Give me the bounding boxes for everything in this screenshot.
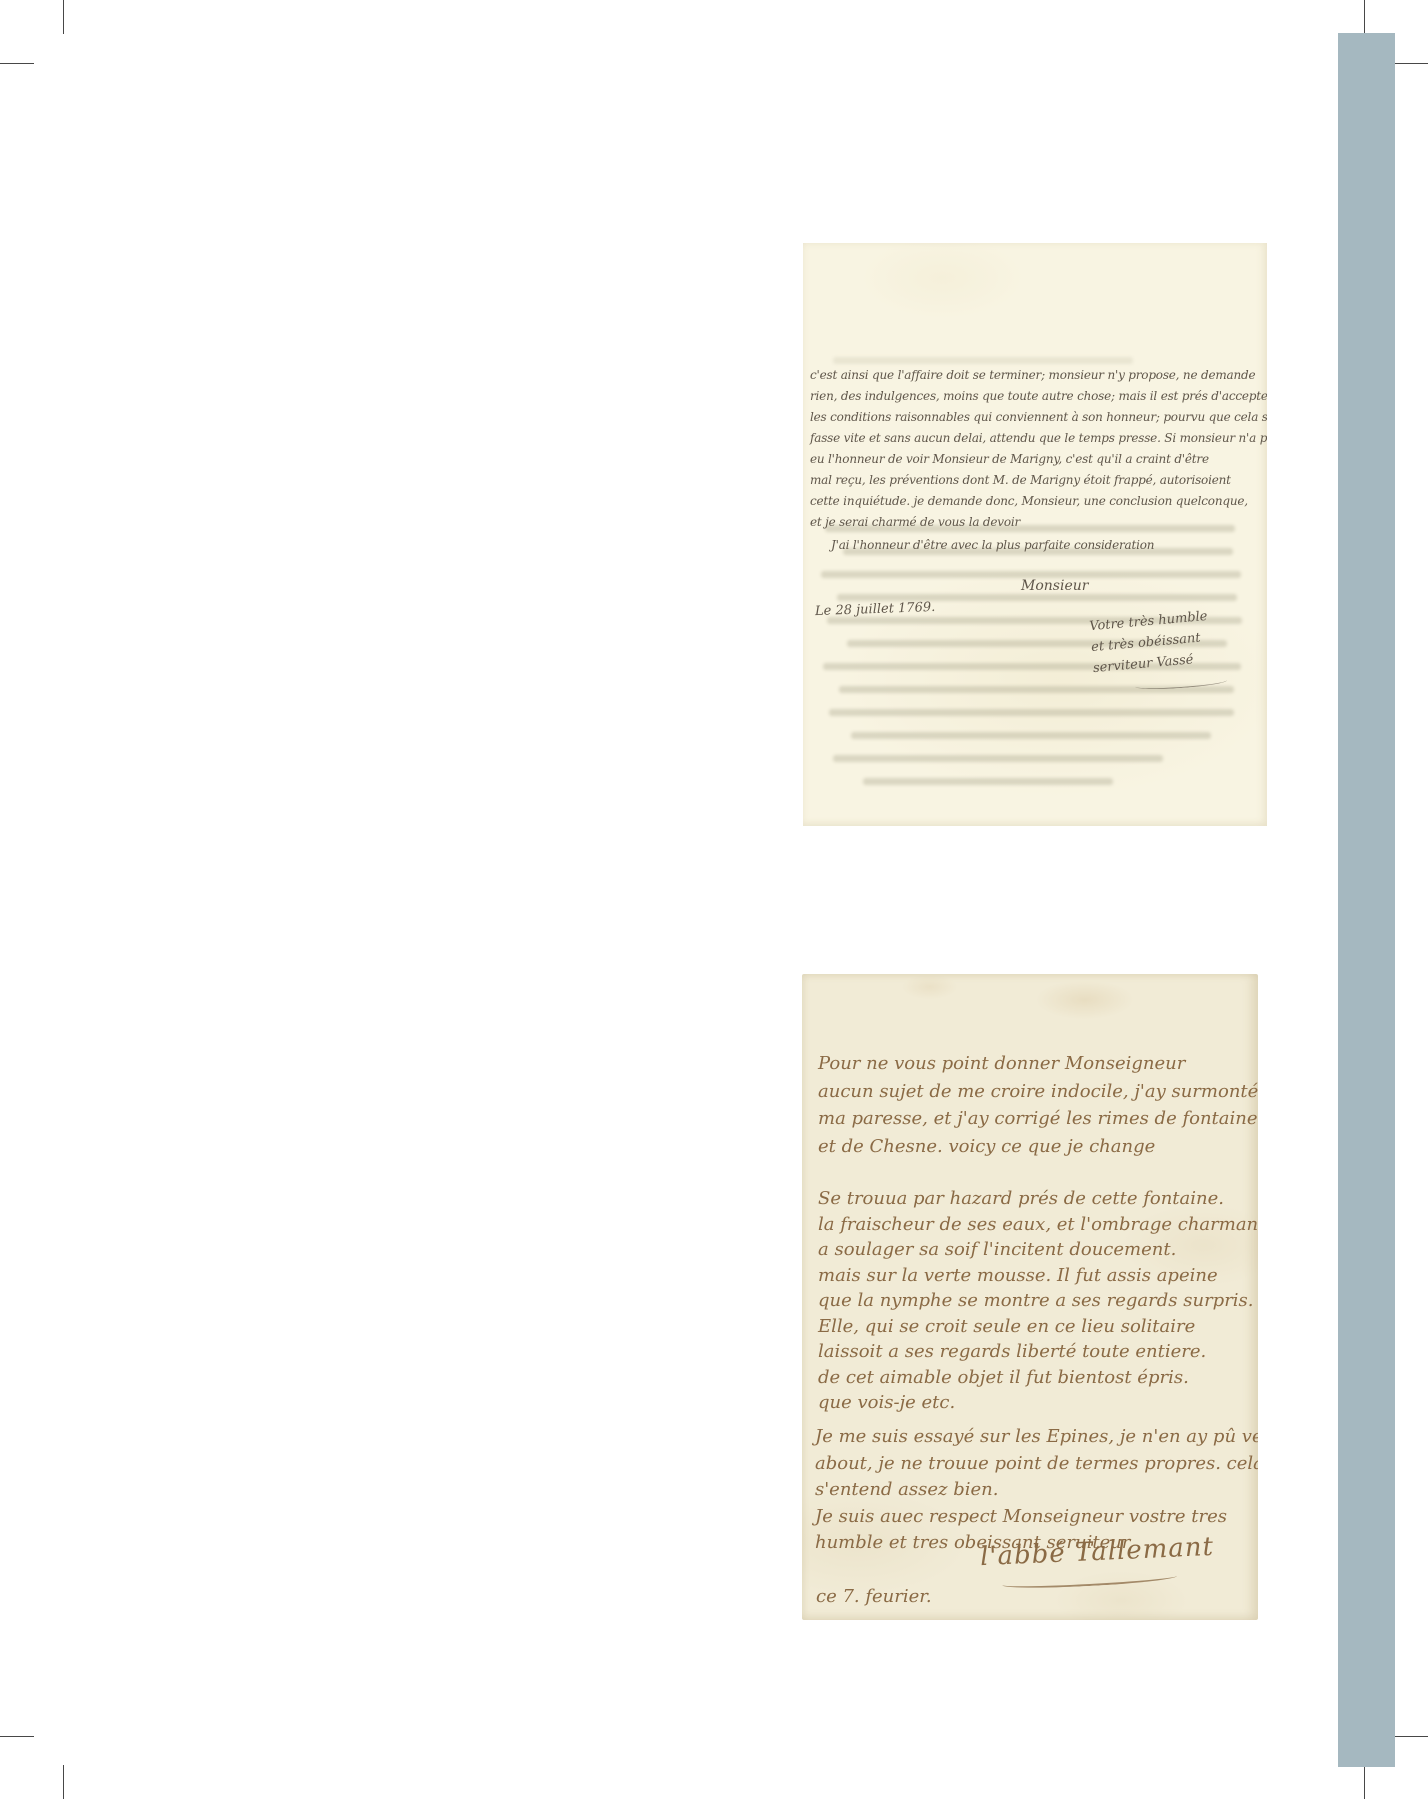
showthrough-line: [837, 594, 1237, 601]
letter2-poem-line: que vois-je etc.: [818, 1390, 1258, 1416]
crop-mark-bottom-left-vertical: [63, 1765, 64, 1799]
showthrough-line: [833, 755, 1163, 762]
letter1-body-line: c'est ainsi que l'affaire doit se termin…: [810, 365, 1262, 386]
letter2-date: ce 7. feurier.: [816, 1586, 932, 1607]
letter2-poem-line: a soulager sa soif l'incitent doucement.: [818, 1237, 1258, 1263]
crop-mark-bottom-right-vertical: [1364, 1767, 1365, 1799]
page-margin-accent-bar: [1338, 33, 1395, 1767]
letter2-paragraph-line: Je me suis essayé sur les Epines, je n'e…: [815, 1424, 1258, 1451]
showthrough-line: [863, 778, 1113, 785]
letter2-paragraph-line: Je suis auec respect Monseigneur vostre …: [815, 1504, 1258, 1531]
showthrough-line: [833, 357, 1133, 364]
letter1-body-line: et je serai charmé de vous la devoir: [810, 512, 1262, 533]
letter2-poem-line: que la nymphe se montre a ses regards su…: [818, 1288, 1258, 1314]
showthrough-line: [851, 732, 1211, 739]
catalog-page: c'est ainsi que l'affaire doit se termin…: [0, 0, 1428, 1799]
letter2-poem-line: Elle, qui se croit seule en ce lieu soli…: [818, 1314, 1258, 1340]
letter2-poem-line: mais sur la verte mousse. Il fut assis a…: [818, 1263, 1258, 1289]
letter2-poem-line: de cet aimable objet il fut bientost épr…: [818, 1365, 1258, 1391]
crop-mark-bottom-left-horizontal: [0, 1736, 34, 1737]
letter2-poem-line: laissoit a ses regards liberté toute ent…: [818, 1339, 1258, 1365]
letter2-paragraph-line: s'entend assez bien.: [815, 1477, 1258, 1504]
showthrough-line: [821, 571, 1241, 578]
letter2-poem-line: la fraischeur de ses eaux, et l'ombrage …: [818, 1212, 1258, 1238]
crop-mark-top-left-horizontal: [0, 63, 34, 64]
letter2-poem: Se trouua par hazard prés de cette fonta…: [818, 1186, 1258, 1416]
letter2-paragraph-line: et de Chesne. voicy ce que je change: [818, 1133, 1258, 1161]
letter2-paragraph-line: Pour ne vous point donner Monseigneur: [818, 1050, 1258, 1078]
letter1-closing-line: J'ai l'honneur d'être avec la plus parfa…: [831, 538, 1154, 552]
letter1-valediction: Votre très humble et très obéissant serv…: [1088, 606, 1212, 679]
letter1-salutation: Monsieur: [1021, 578, 1088, 594]
crop-mark-bottom-right-horizontal: [1394, 1736, 1428, 1737]
letter2-paragraph-line: aucun sujet de me croire indocile, j'ay …: [818, 1078, 1258, 1106]
letter1-body-line: fasse vite et sans aucun delai, attendu …: [810, 428, 1262, 449]
letter2-poem-line: Se trouua par hazard prés de cette fonta…: [818, 1186, 1258, 1212]
letter2-signature-flourish: [1002, 1570, 1177, 1590]
letter1-body-line: rien, des indulgences, moins que toute a…: [810, 386, 1262, 407]
manuscript-letter-2: Pour ne vous point donner Monseigneur au…: [802, 974, 1258, 1620]
letter2-paragraph-line: about, je ne trouue point de termes prop…: [815, 1451, 1258, 1478]
letter1-body-line: eu l'honneur de voir Monsieur de Marigny…: [810, 449, 1262, 470]
crop-mark-top-right-vertical: [1364, 0, 1365, 34]
letter1-body: c'est ainsi que l'affaire doit se termin…: [810, 365, 1262, 533]
letter2-paragraph-line: ma paresse, et j'ay corrigé les rimes de…: [818, 1105, 1258, 1133]
letter2-paragraph-1: Pour ne vous point donner Monseigneur au…: [818, 1050, 1258, 1160]
manuscript-letter-1: c'est ainsi que l'affaire doit se termin…: [803, 243, 1267, 826]
letter1-body-line: cette inquiétude. je demande donc, Monsi…: [810, 491, 1262, 512]
showthrough-line: [829, 709, 1234, 716]
crop-mark-top-left-vertical: [63, 0, 64, 34]
letter1-body-line: les conditions raisonnables qui convienn…: [810, 407, 1262, 428]
crop-mark-top-right-horizontal: [1394, 63, 1428, 64]
letter1-body-line: mal reçu, les préventions dont M. de Mar…: [810, 470, 1262, 491]
